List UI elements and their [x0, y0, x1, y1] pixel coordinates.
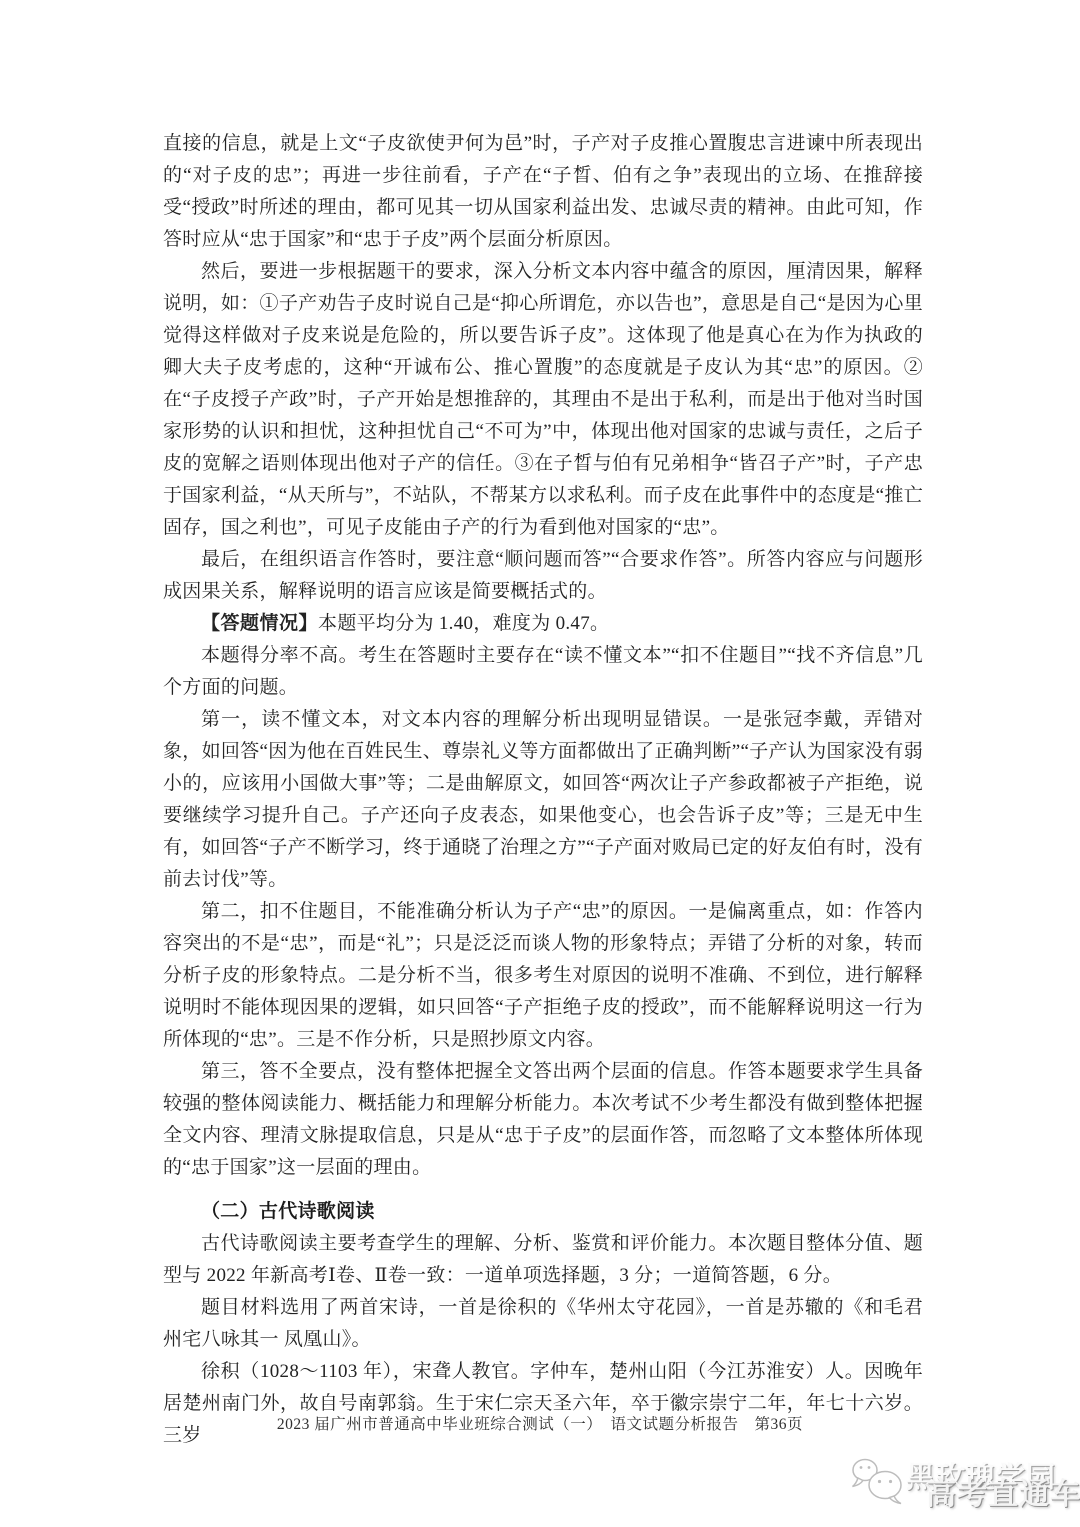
answer-status-label: 【答题情况】: [201, 613, 318, 634]
paragraph: 直接的信息，就是上文“子皮欲使尹何为邑”时，子产对子皮推心置腹忠言进谏中所表现出…: [163, 128, 923, 256]
paragraph: 古代诗歌阅读主要考查学生的理解、分析、鉴赏和评价能力。本次题目整体分值、题型与 …: [163, 1228, 923, 1292]
paragraph: 徐积（1028～1103 年），宋聋人教官。字仲车，楚州山阳（今江苏淮安）人。因…: [163, 1356, 923, 1452]
wechat-icon: [850, 1457, 908, 1512]
paragraph: 第一，读不懂文本，对文本内容的理解分析出现明显错误。一是张冠李戴，弄错对象，如回…: [163, 704, 923, 896]
paragraph: 最后，在组织语言作答时，要注意“顺问题而答”“合要求作答”。所答内容应与问题形成…: [163, 544, 923, 608]
page-footer: 2023 届广州市普通高中毕业班综合测试（一） 语文试题分析报告 第36页: [0, 1414, 1080, 1436]
paragraph: 然后，要进一步根据题干的要求，深入分析文本内容中蕴含的原因，厘清因果，解释说明，…: [163, 256, 923, 544]
watermark-text-gaokao: 高考直通车: [926, 1469, 1080, 1513]
document-page: 直接的信息，就是上文“子皮欲使尹何为邑”时，子产对子皮推心置腹忠言进谏中所表现出…: [0, 0, 1080, 1527]
paragraph: 【答题情况】本题平均分为 1.40，难度为 0.47。: [163, 608, 923, 640]
section-heading: （二）古代诗歌阅读: [163, 1196, 923, 1228]
paragraph: 本题得分率不高。考生在答题时主要存在“读不懂文本”“扣不住题目”“找不齐信息”几…: [163, 640, 923, 704]
paragraph: 第三，答不全要点，没有整体把握全文答出两个层面的信息。作答本题要求学生具备较强的…: [163, 1056, 923, 1184]
document-body: 直接的信息，就是上文“子皮欲使尹何为邑”时，子产对子皮推心置腹忠言进谏中所表现出…: [163, 128, 923, 1452]
paragraph: 第二，扣不住题目，不能准确分析认为子产“忠”的原因。一是偏离重点，如：作答内容突…: [163, 896, 923, 1056]
paragraph: 题目材料选用了两首宋诗，一首是徐积的《华州太守花园》，一首是苏辙的《和毛君州宅八…: [163, 1292, 923, 1356]
watermark: 黑玫瑰学园 高考直通车: [842, 1443, 1080, 1527]
